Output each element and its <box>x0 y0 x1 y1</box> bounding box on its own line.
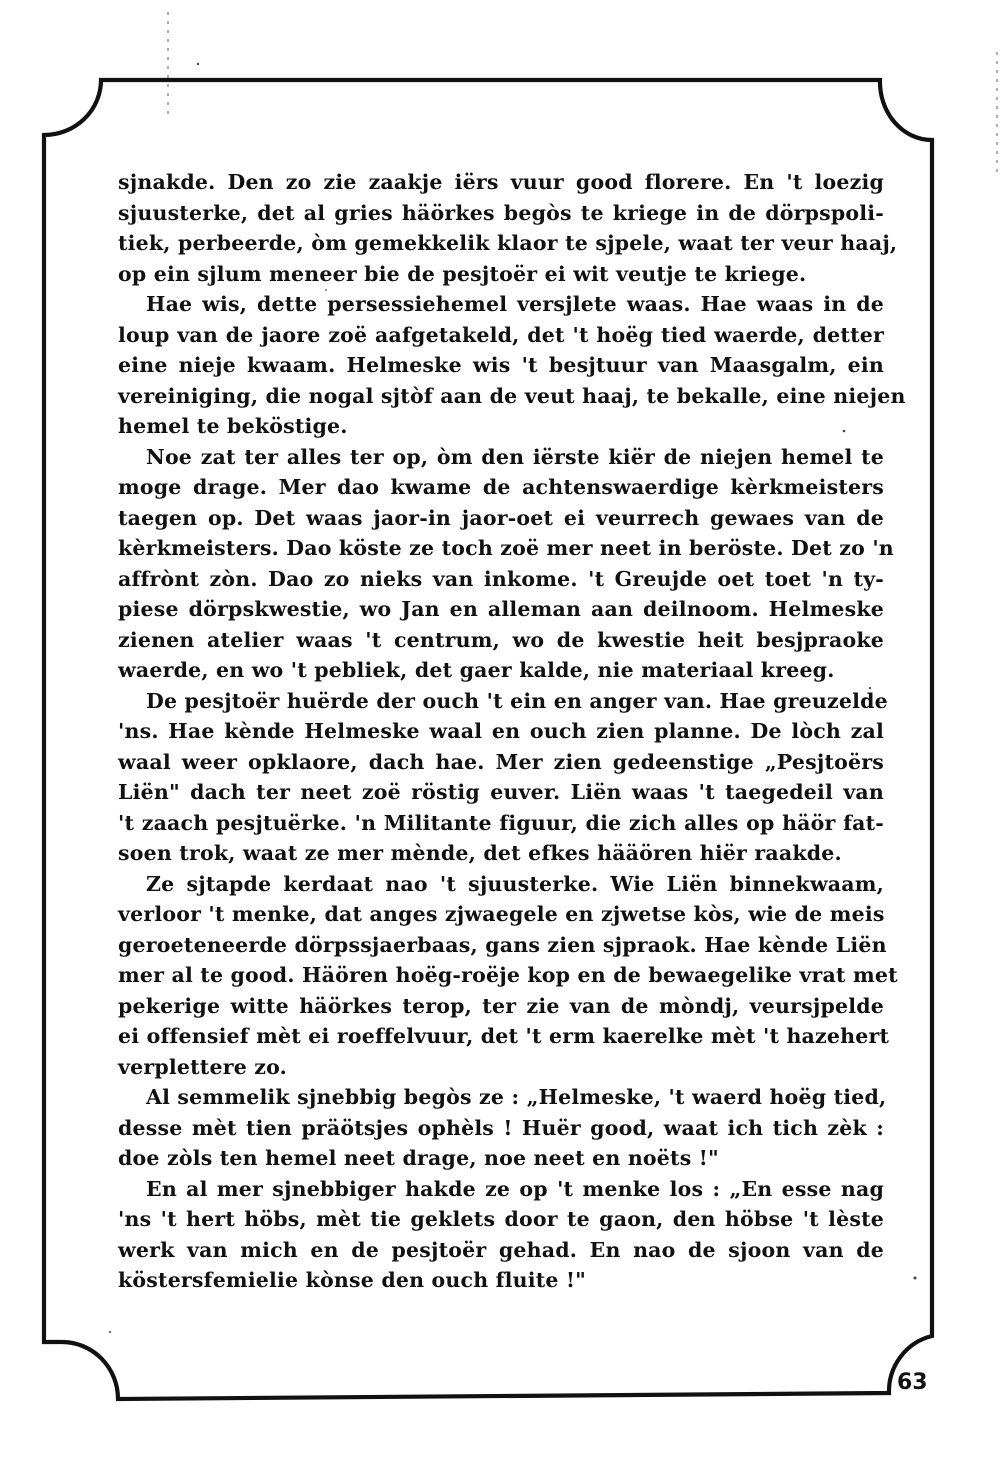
text-line: werk van mich en de pesjtoër gehad. En n… <box>118 1235 884 1266</box>
text-line: kèrkmeisters. Dao köste ze toch zoë mer … <box>118 533 884 564</box>
text-line: hemel te beköstige. <box>118 411 884 442</box>
page-number: 63 <box>897 1370 928 1395</box>
text-line: piese dörpskwestie, wo Jan en alleman aa… <box>118 594 884 625</box>
text-line: Ze sjtapde kerdaat nao 't sjuusterke. Wi… <box>118 869 884 900</box>
page-body-text: sjnakde. Den zo zie zaakje iërs vuur goo… <box>118 167 884 1296</box>
text-line: De pesjtoër huërde der ouch 't ein en an… <box>118 686 884 717</box>
text-line: affrònt zòn. Dao zo nieks van inkome. 't… <box>118 564 884 595</box>
text-line: doe zòls ten hemel neet drage, noe neet … <box>118 1143 884 1174</box>
text-line: desse mèt tien präötsjes ophèls ! Huër g… <box>118 1113 884 1144</box>
text-line: köstersfemielie kònse den ouch fluite !" <box>118 1265 884 1296</box>
text-line: waal weer opklaore, dach hae. Mer zien g… <box>118 747 884 778</box>
text-line: verplettere zo. <box>118 1052 884 1083</box>
text-line: vereiniging, die nogal sjtòf aan de veut… <box>118 381 884 412</box>
text-line: Hae wis, dette persessiehemel versjlete … <box>118 289 884 320</box>
text-line: 't zaach pesjtuërke. 'n Militante figuur… <box>118 808 884 839</box>
paragraph-7: En al mer sjnebbiger hakde ze op 't menk… <box>118 1174 884 1296</box>
scan-crop-marks <box>168 12 997 172</box>
paragraph-6: Al semmelik sjnebbig begòs ze : „Helmesk… <box>118 1082 884 1174</box>
text-line: Al semmelik sjnebbig begòs ze : „Helmesk… <box>118 1082 884 1113</box>
text-line: zienen atelier waas 't centrum, wo de kw… <box>118 625 884 656</box>
paragraph-4: De pesjtoër huërde der ouch 't ein en an… <box>118 686 884 869</box>
paragraph-2: Hae wis, dette persessiehemel versjlete … <box>118 289 884 442</box>
text-line: sjuusterke, det al gries häörkes begòs t… <box>118 198 884 229</box>
text-line: ei offensief mèt ei roeffelvuur, det 't … <box>118 1021 884 1052</box>
text-line: 'ns. Hae kènde Helmeske waal en ouch zie… <box>118 716 884 747</box>
text-line: verloor 't menke, dat anges zjwaegele en… <box>118 899 884 930</box>
text-line: Noe zat ter alles ter op, òm den iërste … <box>118 442 884 473</box>
text-line: soen trok, waat ze mer mènde, det efkes … <box>118 838 884 869</box>
paragraph-5: Ze sjtapde kerdaat nao 't sjuusterke. Wi… <box>118 869 884 1083</box>
paragraph-1: sjnakde. Den zo zie zaakje iërs vuur goo… <box>118 167 884 289</box>
text-line: pekerige witte häörkes terop, ter zie va… <box>118 991 884 1022</box>
text-line: taegen op. Det waas jaor-in jaor-oet ei … <box>118 503 884 534</box>
text-line: tiek, perbeerde, òm gemekkelik klaor te … <box>118 228 884 259</box>
text-line: geroeteneerde dörpssjaerbaas, gans zien … <box>118 930 884 961</box>
text-line: Liën" dach ter neet zoë röstig euver. Li… <box>118 777 884 808</box>
text-line: eine nieje kwaam. Helmeske wis 't besjtu… <box>118 350 884 381</box>
paragraph-3: Noe zat ter alles ter op, òm den iërste … <box>118 442 884 686</box>
text-line: op ein sjlum meneer bie de pesjtoër ei w… <box>118 259 884 290</box>
text-line: sjnakde. Den zo zie zaakje iërs vuur goo… <box>118 167 884 198</box>
text-line: 'ns 't hert höbs, mèt tie geklets door t… <box>118 1204 884 1235</box>
text-line: moge drage. Mer dao kwame de achtenswaer… <box>118 472 884 503</box>
text-line: En al mer sjnebbiger hakde ze op 't menk… <box>118 1174 884 1205</box>
text-line: loup van de jaore zoë aafgetakeld, det '… <box>118 320 884 351</box>
text-line: waerde, en wo 't pebliek, det gaer kalde… <box>118 655 884 686</box>
text-line: mer al te good. Häören hoëg-roëje kop en… <box>118 960 884 991</box>
